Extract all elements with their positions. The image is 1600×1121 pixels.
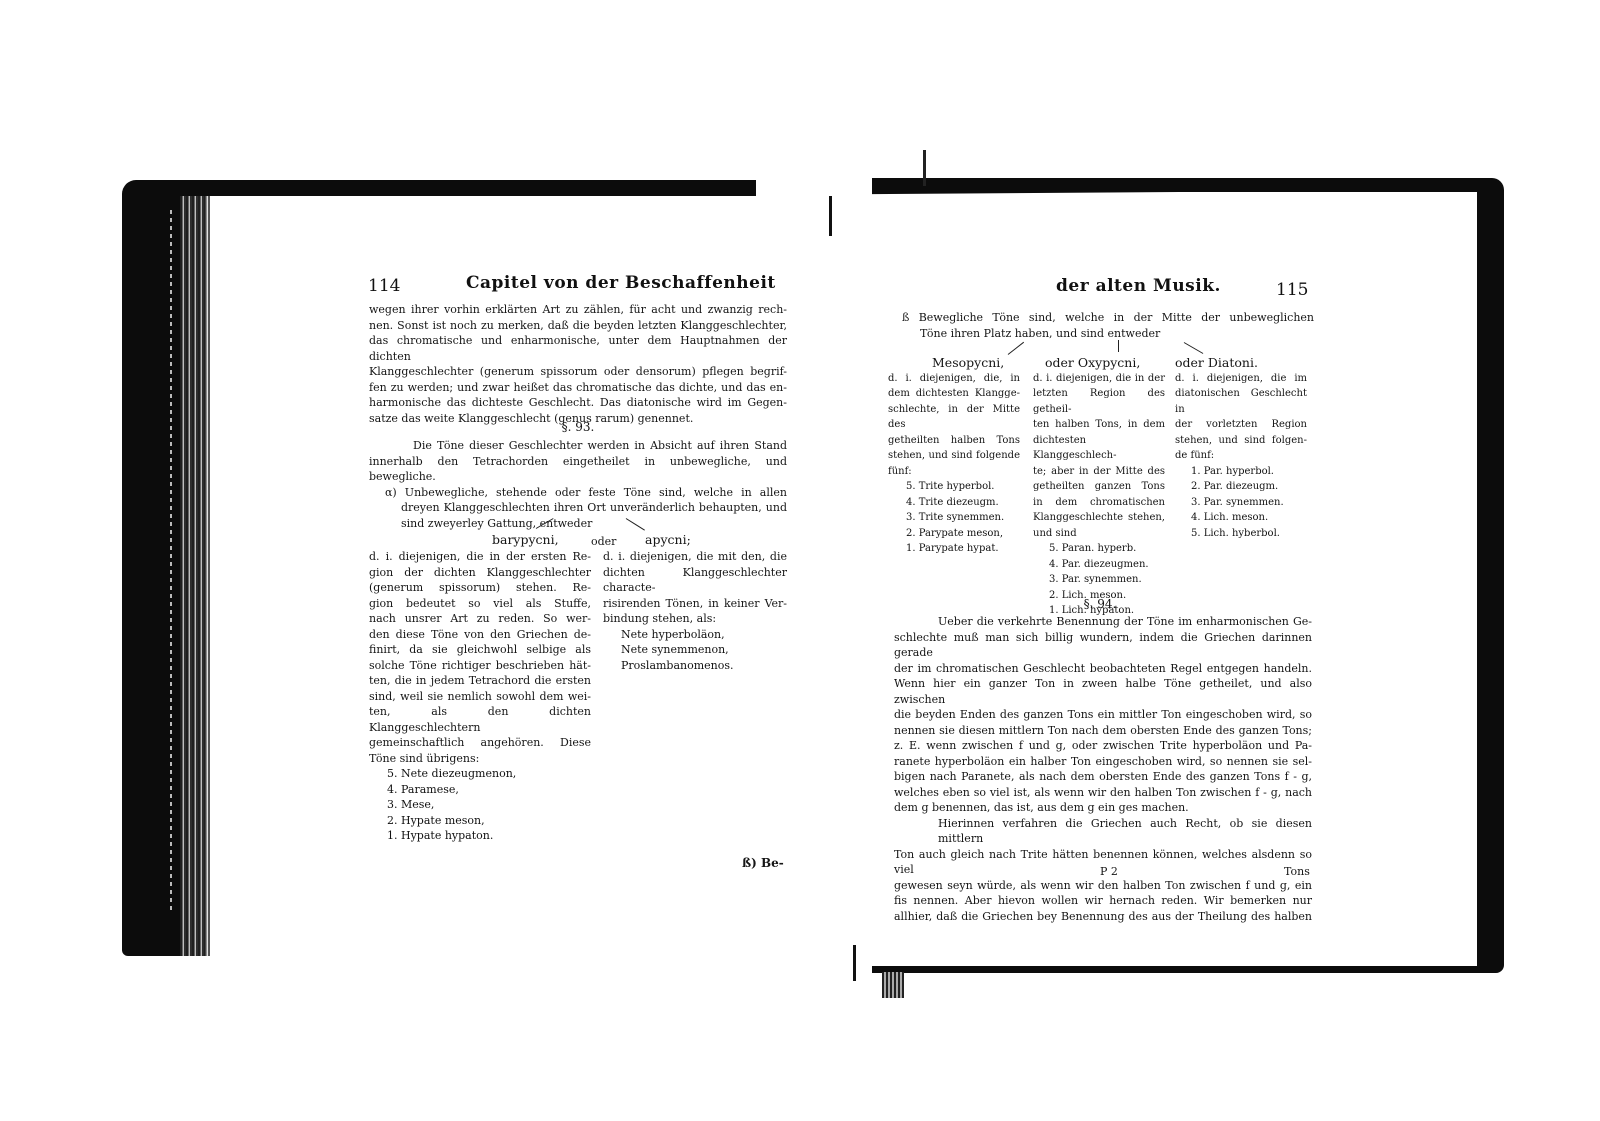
page-number-right: 115 <box>1276 280 1308 300</box>
apycni-tones-list: Nete hyperboläon, Nete synemmenon, Prosl… <box>603 627 787 674</box>
text-line: gion der dichten Klanggeschlechter <box>369 565 591 581</box>
signature-mark: P 2 <box>1100 864 1118 880</box>
text-line: ß Bewegliche Töne sind, welche in der Mi… <box>902 310 1314 326</box>
text-line: Die Töne dieser Geschlechter werden in A… <box>369 438 787 454</box>
list-item: 4. Par. diezeugmen. <box>1049 557 1165 573</box>
text-line: ten, als den dichten Klanggeschlechtern <box>369 704 591 735</box>
text-line: Töne sind übrigens: <box>369 751 591 767</box>
text-line: α) Unbewegliche, stehende oder feste Tön… <box>369 485 787 501</box>
text-line: d. i. diejenigen, die in der <box>1033 371 1165 387</box>
scan-artifact-bottom <box>882 972 904 998</box>
branch-line-oxypycni <box>1118 340 1119 352</box>
text-line: in dem chromatischen <box>1033 495 1165 511</box>
branch-connector: oder <box>591 534 616 550</box>
fixed-tones-list: 5. Nete diezeugmenon, 4. Paramese, 3. Me… <box>369 766 591 844</box>
text-line: nennen sie diesen mittlern Ton nach dem … <box>894 723 1312 739</box>
left-column-barypycni: d. i. diejenigen, die in der ersten Re- … <box>369 549 591 844</box>
text-line: d. i. diejenigen, die in der ersten Re- <box>369 549 591 565</box>
text-line: Klanggeschlechter (generum spissorum ode… <box>369 364 787 380</box>
left-column-apycni: d. i. diejenigen, die mit den, die dicht… <box>603 549 787 673</box>
text-line: den diese Töne von den Griechen de- <box>369 627 591 643</box>
text-line: bigen nach Paranete, als nach dem oberst… <box>894 769 1312 785</box>
text-line: der vorletzten Region <box>1175 417 1307 433</box>
text-line: letzten Region des getheil- <box>1033 386 1165 417</box>
text-line: solche Töne richtiger beschrieben hät- <box>369 658 591 674</box>
text-line: Hierinnen verfahren die Griechen auch Re… <box>894 816 1312 847</box>
page-number-left: 114 <box>368 276 400 296</box>
text-line: Klanggeschlechte stehen, <box>1033 510 1165 526</box>
text-line: te; aber in der Mitte des <box>1033 464 1165 480</box>
list-item: 1. Par. hyperbol. <box>1191 464 1307 480</box>
column-oxypycni: oder Oxypycni, d. i. diejenigen, die in … <box>1033 355 1165 619</box>
column-heading: oder Diatoni. <box>1175 355 1307 371</box>
text-line: schlechte muß man sich billig wundern, i… <box>894 630 1312 661</box>
text-line: Wenn hier ein ganzer Ton in zween halbe … <box>894 676 1312 707</box>
text-line: Ueber die verkehrte Benennung der Töne i… <box>894 614 1312 630</box>
column-heading: Mesopycni, <box>888 355 1020 371</box>
list-item: 5. Paran. hyperb. <box>1049 541 1165 557</box>
list-item: 3. Par. synemmen. <box>1191 495 1307 511</box>
catchword-left: ß) Be- <box>742 856 784 872</box>
text-line: harmonische das dichteste Geschlecht. Da… <box>369 395 787 411</box>
text-line: ten halben Tons, in dem <box>1033 417 1165 433</box>
running-head-left: Capitel von der Beschaffenheit <box>466 273 776 293</box>
catchword-right: Tons <box>1284 864 1310 880</box>
list-item: 2. Par. diezeugm. <box>1191 479 1307 495</box>
text-line: d. i. diejenigen, die mit den, die <box>603 549 787 565</box>
text-line: fis nennen. Aber hievon wollen wir herna… <box>894 893 1312 909</box>
text-line: nen. Sonst ist noch zu merken, daß die b… <box>369 318 787 334</box>
right-intro: ß Bewegliche Töne sind, welche in der Mi… <box>902 310 1314 341</box>
text-line: dem dichtesten Klangge- <box>888 386 1020 402</box>
list-item: 4. Trite diezeugm. <box>906 495 1020 511</box>
diatoni-list: 1. Par. hyperbol. 2. Par. diezeugm. 3. P… <box>1175 464 1307 542</box>
list-item: 2. Hypate meson, <box>387 813 591 829</box>
list-item: 1. Parypate hypat. <box>906 541 1020 557</box>
text-line: Töne ihren Platz haben, und sind entwede… <box>902 326 1314 342</box>
text-line: gewesen seyn würde, als wenn wir den hal… <box>894 878 1312 894</box>
text-line: fünf: <box>888 464 1020 480</box>
text-line: ten, die in jedem Tetrachord die ersten <box>369 673 591 689</box>
list-item: Nete hyperboläon, <box>621 627 787 643</box>
column-heading: oder Oxypycni, <box>1033 355 1165 371</box>
text-line: fen zu werden; und zwar heißet das chrom… <box>369 380 787 396</box>
scan-artifact-top <box>923 150 926 186</box>
right-bottom-edge <box>872 966 1492 971</box>
mesopycni-list: 5. Trite hyperbol. 4. Trite diezeugm. 3.… <box>888 479 1020 557</box>
text-line: gemeinschaftlich angehören. Diese <box>369 735 591 751</box>
list-item: Nete synemmenon, <box>621 642 787 658</box>
list-item: 5. Nete diezeugmenon, <box>387 766 591 782</box>
gutter-mark-lower <box>853 945 856 981</box>
text-line: diatonischen Geschlecht in <box>1175 386 1307 417</box>
list-item: 2. Parypate meson, <box>906 526 1020 542</box>
text-line: allhier, daß die Griechen bey Benennung … <box>894 909 1312 925</box>
text-line: de fünf: <box>1175 448 1307 464</box>
list-item: 4. Paramese, <box>387 782 591 798</box>
text-line: welches eben so viel ist, als wenn wir d… <box>894 785 1312 801</box>
list-item: 5. Trite hyperbol. <box>906 479 1020 495</box>
branch-label-barypycni: barypycni, <box>492 532 559 548</box>
text-line: d. i. diejenigen, die, in <box>888 371 1020 387</box>
text-line: wegen ihrer vorhin erklärten Art zu zähl… <box>369 302 787 318</box>
text-line: innerhalb den Tetrachorden eingetheilet … <box>369 454 787 485</box>
text-line: dichtesten Klanggeschlech- <box>1033 433 1165 464</box>
text-line: risirenden Tönen, in keiner Ver- <box>603 596 787 612</box>
text-line: dem g benennen, das ist, aus dem g ein g… <box>894 800 1312 816</box>
text-line: schlechte, in der Mitte des <box>888 402 1020 433</box>
section-94-label: §. 94. <box>888 597 1312 611</box>
text-line: stehen, und sind folgende <box>888 448 1020 464</box>
text-line: nach unsrer Art zu reden. So wer- <box>369 611 591 627</box>
text-line: getheilten ganzen Tons <box>1033 479 1165 495</box>
text-line: der im chromatischen Geschlecht beobacht… <box>894 661 1312 677</box>
list-item: 5. Lich. hyberbol. <box>1191 526 1307 542</box>
left-intro-paragraph: wegen ihrer vorhin erklärten Art zu zähl… <box>369 302 787 426</box>
text-line: bindung stehen, als: <box>603 611 787 627</box>
left-spine-texture <box>170 210 172 910</box>
running-head-right: der alten Musik. <box>1056 276 1221 296</box>
column-diatoni: oder Diatoni. d. i. diejenigen, die im d… <box>1175 355 1307 541</box>
text-line: und sind <box>1033 526 1165 542</box>
text-line: (generum spissorum) stehen. Re- <box>369 580 591 596</box>
left-page-edge-stack <box>180 196 210 956</box>
text-line: finirt, da sie gleichwohl selbige als <box>369 642 591 658</box>
text-line: d. i. diejenigen, die im <box>1175 371 1307 387</box>
text-line: die beyden Enden des ganzen Tons ein mit… <box>894 707 1312 723</box>
text-line: z. E. wenn zwischen f und g, oder zwisch… <box>894 738 1312 754</box>
list-item: 3. Par. synemmen. <box>1049 572 1165 588</box>
text-line: sind, weil sie nemlich sowohl dem wei- <box>369 689 591 705</box>
text-line: dichten Klanggeschlechter characte- <box>603 565 787 596</box>
text-line: sind zweyerley Gattung, entweder <box>369 516 787 532</box>
section-93-label: §. 93. <box>369 420 787 434</box>
text-line: stehen, und sind folgen- <box>1175 433 1307 449</box>
list-item: Proslambanomenos. <box>621 658 787 674</box>
text-line: ranete hyperboläon ein halber Ton einges… <box>894 754 1312 770</box>
section-93-body: Die Töne dieser Geschlechter werden in A… <box>369 438 787 531</box>
gutter-mark <box>829 196 832 236</box>
branch-label-apycni: apycni; <box>645 532 691 548</box>
text-line: getheilten halben Tons <box>888 433 1020 449</box>
text-line: dreyen Klanggeschlechten ihren Ort unver… <box>369 500 787 516</box>
text-line: das chromatische und enharmonische, unte… <box>369 333 787 364</box>
list-item: 1. Hypate hypaton. <box>387 828 591 844</box>
list-item: 3. Trite synemmen. <box>906 510 1020 526</box>
list-item: 3. Mese, <box>387 797 591 813</box>
list-item: 4. Lich. meson. <box>1191 510 1307 526</box>
column-mesopycni: Mesopycni, d. i. diejenigen, die, in dem… <box>888 355 1020 557</box>
text-line: gion bedeutet so viel als Stuffe, <box>369 596 591 612</box>
